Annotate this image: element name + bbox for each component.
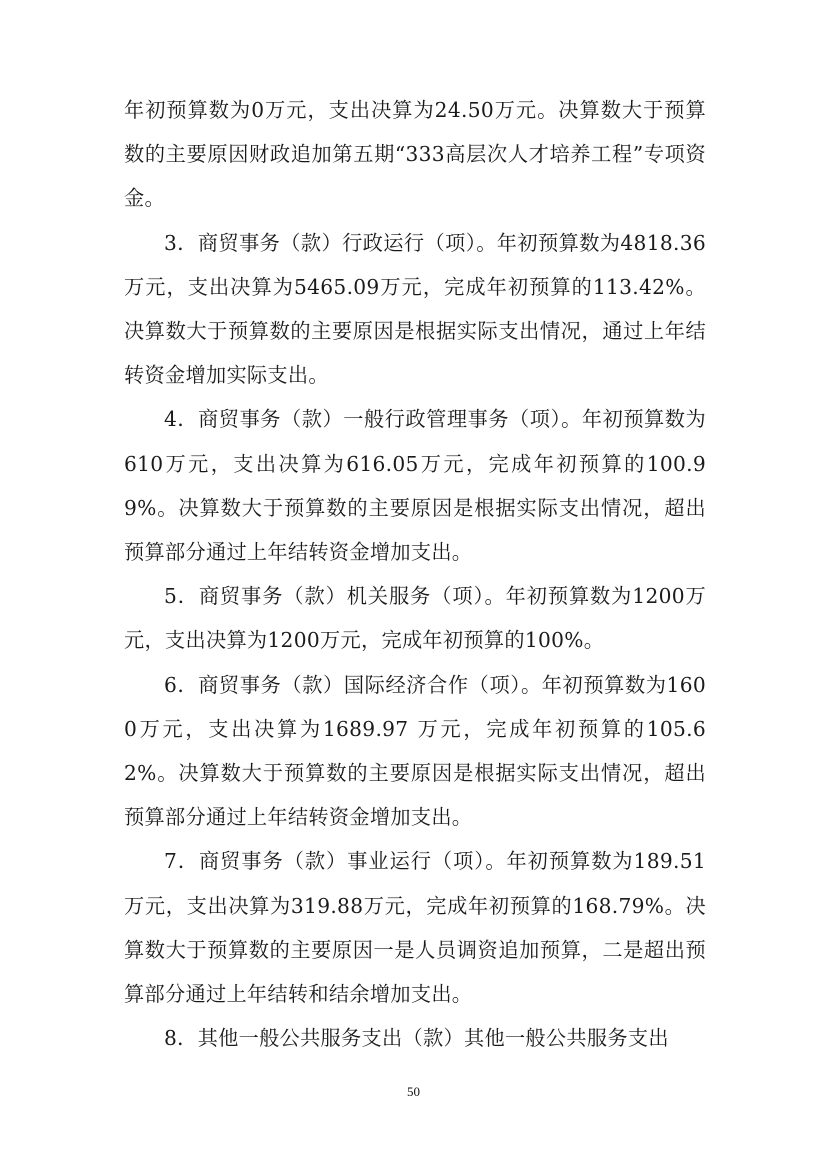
paragraph-item-4: 4．商贸事务（款）一般行政管理事务（项）。年初预算数为610万元，支出决算为61…	[124, 397, 706, 574]
page-number: 50	[0, 1084, 827, 1100]
document-page: 年初预算数为0万元，支出决算为24.50万元。决算数大于预算数的主要原因财政追加…	[124, 88, 706, 1060]
paragraph-item-5: 5．商贸事务（款）机关服务（项）。年初预算数为1200万元，支出决算为1200万…	[124, 574, 706, 662]
paragraph-continuation: 年初预算数为0万元，支出决算为24.50万元。决算数大于预算数的主要原因财政追加…	[124, 88, 706, 221]
paragraph-item-3: 3．商贸事务（款）行政运行（项）。年初预算数为4818.36万元，支出决算为54…	[124, 221, 706, 398]
paragraph-item-8: 8．其他一般公共服务支出（款）其他一般公共服务支出	[124, 1016, 706, 1060]
paragraph-item-7: 7．商贸事务（款）事业运行（项）。年初预算数为189.51万元，支出决算为319…	[124, 839, 706, 1016]
paragraph-item-6: 6．商贸事务（款）国际经济合作（项）。年初预算数为1600万元，支出决算为168…	[124, 663, 706, 840]
